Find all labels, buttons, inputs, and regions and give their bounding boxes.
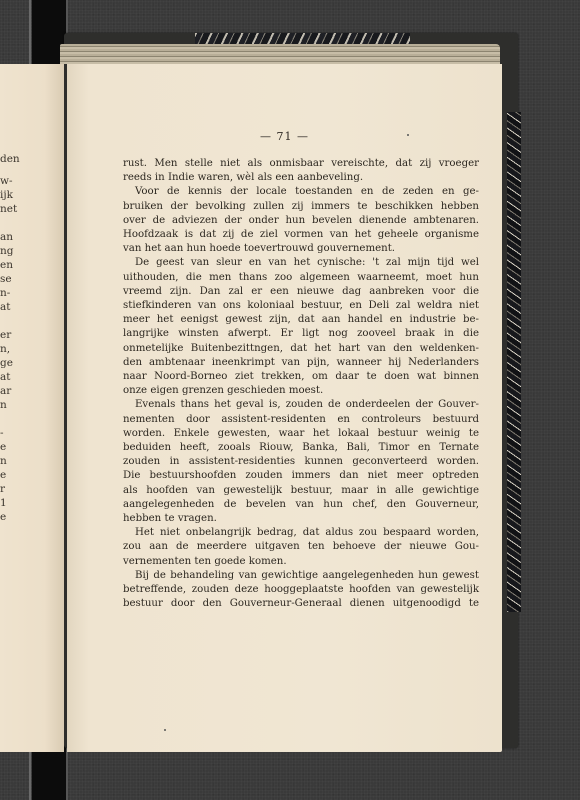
text-line: Het niet onbelangrijk bedrag, dat aldus … (123, 526, 479, 540)
left-page-line-fragment: n- (0, 288, 10, 299)
page-stack-edge (60, 44, 500, 64)
text-line: onze eigen grenzen geschieden moest. (123, 384, 479, 398)
text-line: over de adviezen der onder hun bevelen d… (123, 214, 479, 228)
text-line: bestuur door den Gouverneur-Generaal die… (123, 597, 479, 611)
left-page-line-fragment: e (0, 442, 6, 453)
left-page-line-fragment: at (0, 302, 10, 313)
left-page-line-fragment: n, (0, 344, 10, 355)
text-line: reeds in Indie waren, wèl als een aanbev… (123, 171, 479, 185)
paragraph: Bij de behandeling van gewichtige aangel… (123, 569, 479, 612)
text-line: Evenals thans het geval is, zouden de on… (123, 398, 479, 412)
text-line: Voor de kennis der locale toestanden en … (123, 185, 479, 199)
text-line: rust. Men stelle niet als onmisbaar vere… (123, 157, 479, 171)
text-line: langrijke winsten afwerpt. Er ligt nog z… (123, 327, 479, 341)
paragraph: De geest van sleur en van het cynische: … (123, 256, 479, 398)
left-page-line-fragment: e (0, 470, 6, 481)
left-page-line-fragment: 1 (0, 498, 7, 509)
paragraph: Het niet onbelangrijk bedrag, dat aldus … (123, 526, 479, 569)
left-page-line-fragment: at (0, 372, 10, 383)
paragraph: rust. Men stelle niet als onmisbaar vere… (123, 157, 479, 185)
text-line: zouden in assistent-residenties kunnen g… (123, 455, 479, 469)
left-page-line-fragment: den (0, 154, 20, 165)
text-line: naar Noord-Borneo ziet trekken, om daar … (123, 370, 479, 384)
left-page-line-fragment: ijk (0, 190, 13, 201)
left-page-line-fragment: se (0, 274, 12, 285)
left-page: denw-ijknetanngensen-atern,geatarn-ener1… (0, 64, 64, 752)
text-line: Bij de behandeling van gewichtige aangel… (123, 569, 479, 583)
text-line: beduiden heeft, zooals Riouw, Banka, Bal… (123, 441, 479, 455)
text-line: meer het eenigst gewest zijn, dat aan ha… (123, 313, 479, 327)
text-line: Hoofdzaak is dat zij de ziel vormen van … (123, 228, 479, 242)
text-line: uithouden, die men thans zoo algemeen wa… (123, 271, 479, 285)
text-line: De geest van sleur en van het cynische: … (123, 256, 479, 270)
text-line: van het aan hun hoede toevertrouwd gouve… (123, 242, 479, 256)
text-line: zou aan de meerdere uitgaven ten behoeve… (123, 540, 479, 554)
text-line: stiefkinderen van ons koloniaal bestuur,… (123, 299, 479, 313)
text-line: vreemd zijn. Dan zal er een nieuwe dag a… (123, 285, 479, 299)
text-line: betreffende, zouden deze hooggeplaatste … (123, 583, 479, 597)
paper-speck (407, 134, 409, 136)
left-page-line-fragment: n (0, 400, 7, 411)
text-line: nementen door assistent-residenten en co… (123, 413, 479, 427)
text-line: worden. Enkele gewesten, waar het lokaal… (123, 427, 479, 441)
left-page-line-fragment: an (0, 232, 13, 243)
text-line: onmetelijke Buitenbezittngen, dat het ha… (123, 342, 479, 356)
text-line: als hoofden van gewestelijk bestuur, maa… (123, 484, 479, 498)
body-text: rust. Men stelle niet als onmisbaar vere… (123, 157, 479, 612)
left-page-line-fragment: ge (0, 358, 13, 369)
marbled-edge-right (507, 112, 521, 612)
left-page-line-fragment: er (0, 330, 11, 341)
text-line: vernementen ten goede komen. (123, 555, 479, 569)
left-page-line-fragment: - (0, 428, 4, 439)
text-line: aangelegenheden de bevelen van hun chef,… (123, 498, 479, 512)
left-page-line-fragment: net (0, 204, 17, 215)
left-page-line-fragment: r (0, 484, 5, 495)
left-page-line-fragment: n (0, 456, 7, 467)
left-page-line-fragment: e (0, 512, 6, 523)
left-page-line-fragment: en (0, 260, 13, 271)
page-number: — 71 — (67, 130, 502, 143)
paragraph: Voor de kennis der locale toestanden en … (123, 185, 479, 256)
text-line: Die bestuurshoofden zouden immers dan ni… (123, 469, 479, 483)
left-page-line-fragment: w- (0, 176, 13, 187)
paper-speck (164, 729, 166, 731)
text-line: den ambtenaar ineenkrimpt van pijn, wann… (123, 356, 479, 370)
left-page-line-fragment: ng (0, 246, 13, 257)
right-page: — 71 — rust. Men stelle niet als onmisba… (67, 64, 502, 752)
paragraph: Evenals thans het geval is, zouden de on… (123, 398, 479, 526)
text-line: hebben te vragen. (123, 512, 479, 526)
text-line: bruiken der bevolking zullen zij immers … (123, 200, 479, 214)
left-page-line-fragment: ar (0, 386, 11, 397)
